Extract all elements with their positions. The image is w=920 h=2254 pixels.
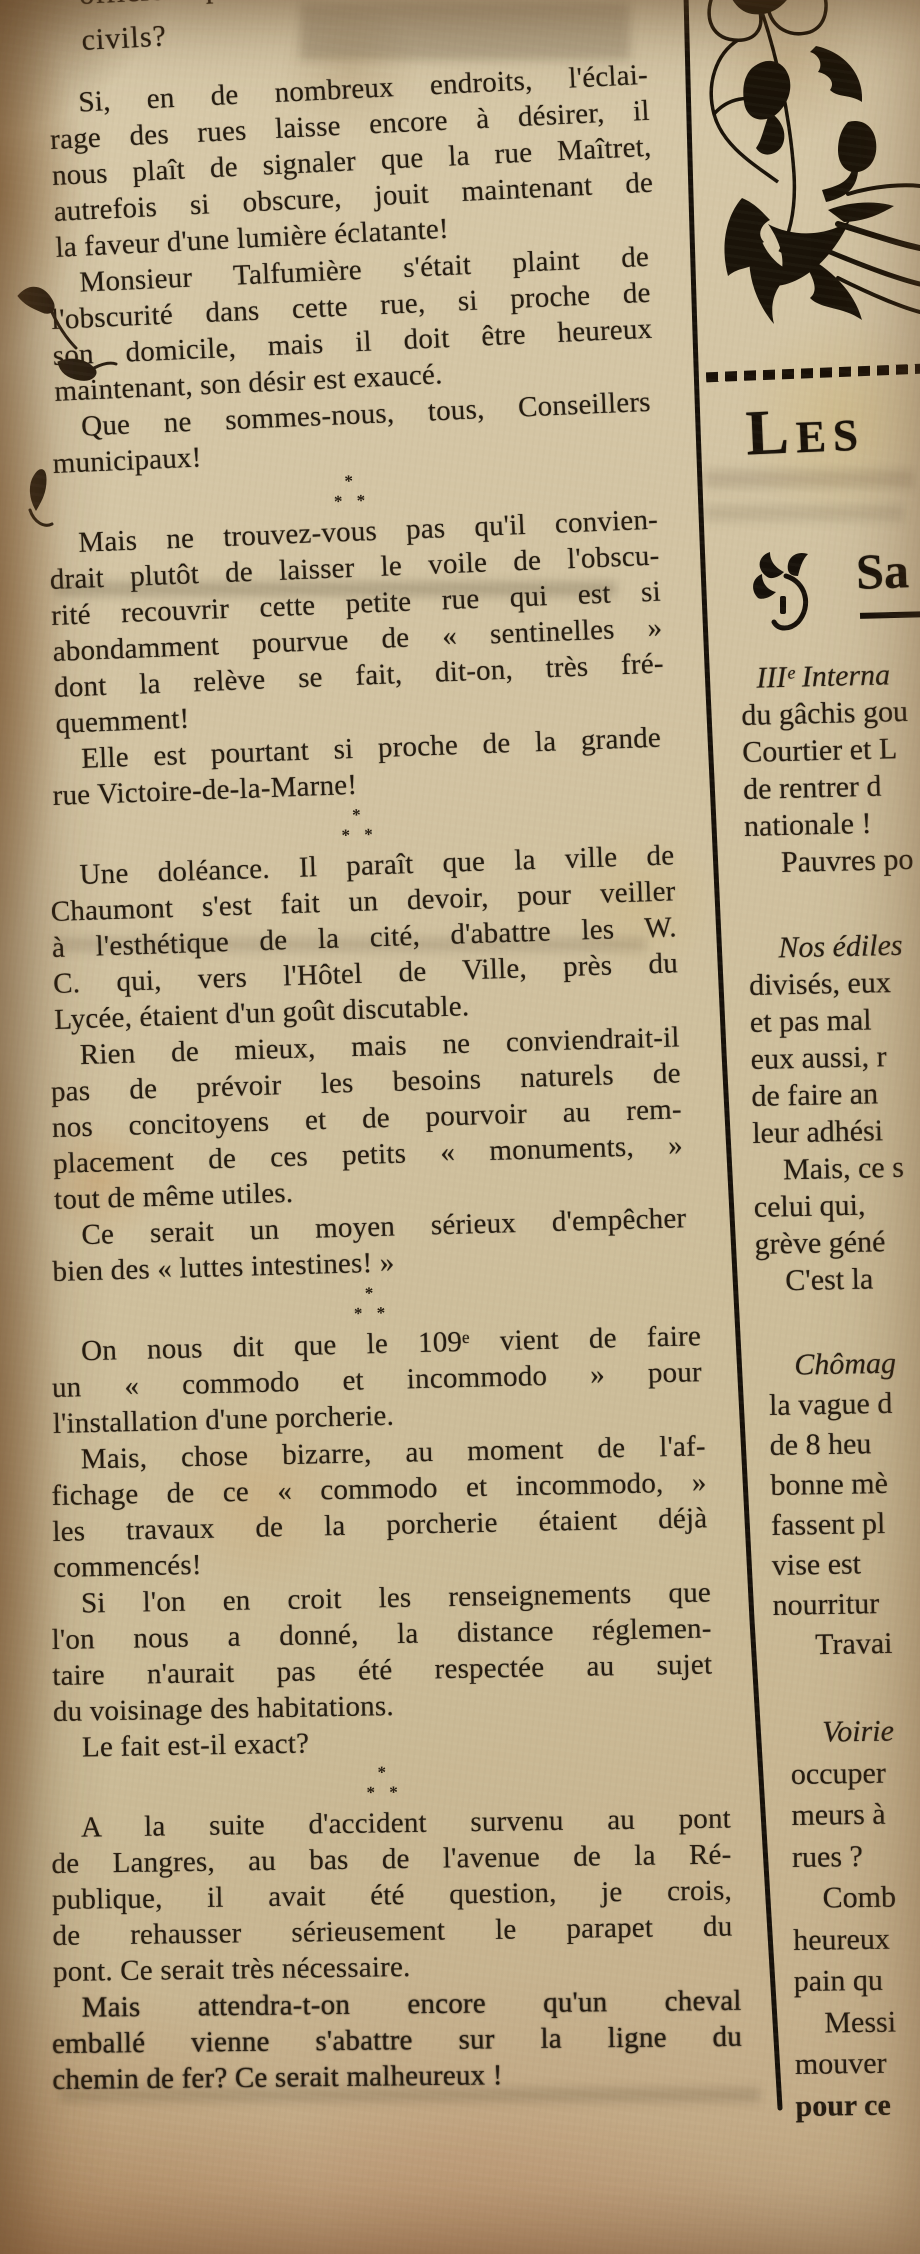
paragraph-affichage: Mais, chose bizarre, au moment de l'af-f… xyxy=(50,1428,708,1586)
right-column-fragment-chomage: Chômagla vague dde 8 heubonne mèfassent … xyxy=(768,1344,901,1666)
right-column-fragment-internationale: IIIᵉ Internadu gâchis gouCourtier et Lde… xyxy=(740,656,914,882)
text-line: celui qui, xyxy=(753,1186,908,1226)
paragraph-cheval: Mais attendra-t-on encore qu'un chevalem… xyxy=(51,1983,742,2098)
text-line: Messi xyxy=(794,2001,898,2044)
paragraph-distance: Si l'on en croit les renseignements quel… xyxy=(51,1574,713,1729)
leaf-fleuron xyxy=(752,550,820,642)
text-line: emballé vienne s'abattre sur la ligne du xyxy=(52,2019,742,2062)
newspaper-scan-page: { "left_column": { "top_fragment": ["off… xyxy=(0,0,920,2254)
paragraph-street-lighting: Si, en de nombreux endroits, l'éclai-rag… xyxy=(48,57,656,266)
text-line: meurs à xyxy=(791,1794,895,1837)
text-line: rues ? xyxy=(792,1835,896,1878)
text-line: Chômag xyxy=(768,1344,896,1386)
text-line: fassent pl xyxy=(771,1504,899,1546)
text-line: eux aussi, r xyxy=(750,1038,905,1078)
text-line: Travai xyxy=(773,1624,901,1666)
left-column: Si, en de nombreux endroits, l'éclai-rag… xyxy=(52,86,752,2098)
text-line: chemin de fer? Ce serait malheureux ! xyxy=(52,2055,742,2098)
right-column-fragment-nos-ediles: Nos édilesdivisés, euxet pas maleux auss… xyxy=(748,927,910,1300)
article-fragment-top: officielle p civils? xyxy=(78,0,225,64)
ink-mark xyxy=(18,287,54,313)
text-line: Courtier et L xyxy=(742,730,911,771)
text-line: grève géné xyxy=(754,1223,909,1263)
text-line: Voirie xyxy=(790,1711,894,1754)
text-line: leur adhési xyxy=(752,1112,907,1152)
text-line: la vague d xyxy=(769,1384,897,1426)
text-line: Mais, ce s xyxy=(753,1149,908,1189)
text-line: Comb xyxy=(792,1877,896,1920)
text-line: C'est la xyxy=(755,1260,910,1300)
text-line: nourritur xyxy=(772,1584,900,1626)
text-line: nationale ! xyxy=(744,804,913,845)
heading-underline xyxy=(860,611,920,619)
text-line: Pauvres po xyxy=(745,841,914,882)
text-line: pour ce xyxy=(795,2084,899,2127)
text-line: bonne mè xyxy=(770,1464,898,1506)
section-headline-fragment: Les xyxy=(745,392,867,471)
paragraph-talfumiere: Monsieur Talfumière s'était plaint del'o… xyxy=(49,239,655,410)
text-line: de faire an xyxy=(751,1075,906,1115)
paragraph-pont-langres: A la suite d'accident survenu au pontde … xyxy=(51,1801,733,1990)
ink-mark xyxy=(30,470,46,510)
right-column-fragment-voirie: Voirieoccupermeurs àrues ?Combheureuxpai… xyxy=(790,1711,899,2127)
ink-showthrough xyxy=(300,2,630,60)
text-line: vise est xyxy=(771,1544,899,1586)
paragraph-sentinelles: Mais ne trouvez-vous pas qu'il convien-d… xyxy=(48,502,666,742)
subsection-heading-fragment: Sa xyxy=(855,541,910,601)
text-line: occuper xyxy=(791,1752,895,1795)
text-line: de rentrer d xyxy=(743,767,912,808)
paragraph-porcherie: On nous dit que le 109ᵉ vient de faireun… xyxy=(51,1318,703,1442)
text-line: du gâchis gou xyxy=(741,693,910,734)
poppy-flower-engraving xyxy=(698,0,920,344)
text-line: Nos édiles xyxy=(748,927,903,967)
ink-mark-tail xyxy=(30,510,52,525)
text-line: pain qu xyxy=(793,1960,897,2003)
paragraph-monuments: Rien de mieux, mais ne conviendrait-ilpa… xyxy=(49,1019,684,1218)
text-line: de 8 heu xyxy=(769,1424,897,1466)
text-line: IIIᵉ Interna xyxy=(740,656,909,697)
paragraph-doleance-wc: Une doléance. Il paraît que la ville deC… xyxy=(49,837,680,1038)
text-line: et pas mal xyxy=(750,1001,905,1041)
text-line: mouver xyxy=(795,2043,899,2086)
text-line: divisés, eux xyxy=(749,964,904,1004)
text-line: heureux xyxy=(793,1918,897,1961)
